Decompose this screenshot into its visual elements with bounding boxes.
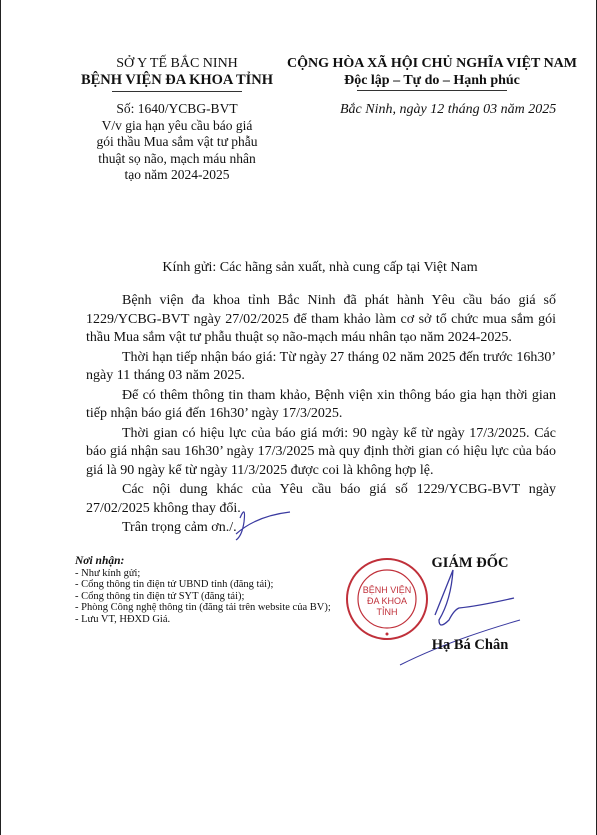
subject-line: gói thầu Mua sắm vật tư phẫu	[62, 134, 292, 151]
paragraph: Bệnh viện đa khoa tỉnh Bắc Ninh đã phát …	[86, 292, 556, 348]
stamp-line: ĐA KHOA	[367, 596, 407, 606]
subject-line: tạo năm 2024-2025	[62, 167, 292, 184]
paragraph: Thời gian có hiệu lực của báo giá mới: 9…	[86, 425, 556, 481]
paragraph: Để có thêm thông tin tham khảo, Bệnh việ…	[86, 387, 556, 424]
motto-underline	[357, 90, 507, 91]
page-edge-left	[0, 0, 1, 835]
motto: Độc lập – Tự do – Hạnh phúc	[282, 72, 582, 89]
dateline: Bắc Ninh, ngày 12 tháng 03 năm 2025	[340, 102, 556, 118]
greeting: Kính gửi: Các hãng sản xuất, nhà cung cấ…	[60, 260, 580, 276]
organization: BỆNH VIỆN ĐA KHOA TỈNH	[62, 72, 292, 89]
national-header: CỘNG HÒA XÃ HỘI CHỦ NGHĨA VIỆT NAM Độc l…	[282, 55, 582, 91]
department: SỞ Y TẾ BẮC NINH	[62, 55, 292, 72]
paragraph: Thời hạn tiếp nhận báo giá: Từ ngày 27 t…	[86, 349, 556, 386]
signer-name: Hạ Bá Chân	[405, 637, 535, 654]
doc-number: Số: 1640/YCBG-BVT	[62, 101, 292, 118]
stamp-line: TỈNH	[377, 606, 398, 617]
issuer-block: SỞ Y TẾ BẮC NINH BỆNH VIỆN ĐA KHOA TỈNH …	[62, 55, 292, 184]
stamp-line: BỆNH VIỆN	[363, 585, 412, 595]
subject-line: V/v gia hạn yêu cầu báo giá	[62, 118, 292, 135]
nation-title: CỘNG HÒA XÃ HỘI CHỦ NGHĨA VIỆT NAM	[282, 55, 582, 72]
subject-line: thuật sọ não, mạch máu nhân	[62, 151, 292, 168]
issuer-underline	[112, 91, 242, 92]
signer-position: GIÁM ĐỐC	[410, 555, 530, 572]
